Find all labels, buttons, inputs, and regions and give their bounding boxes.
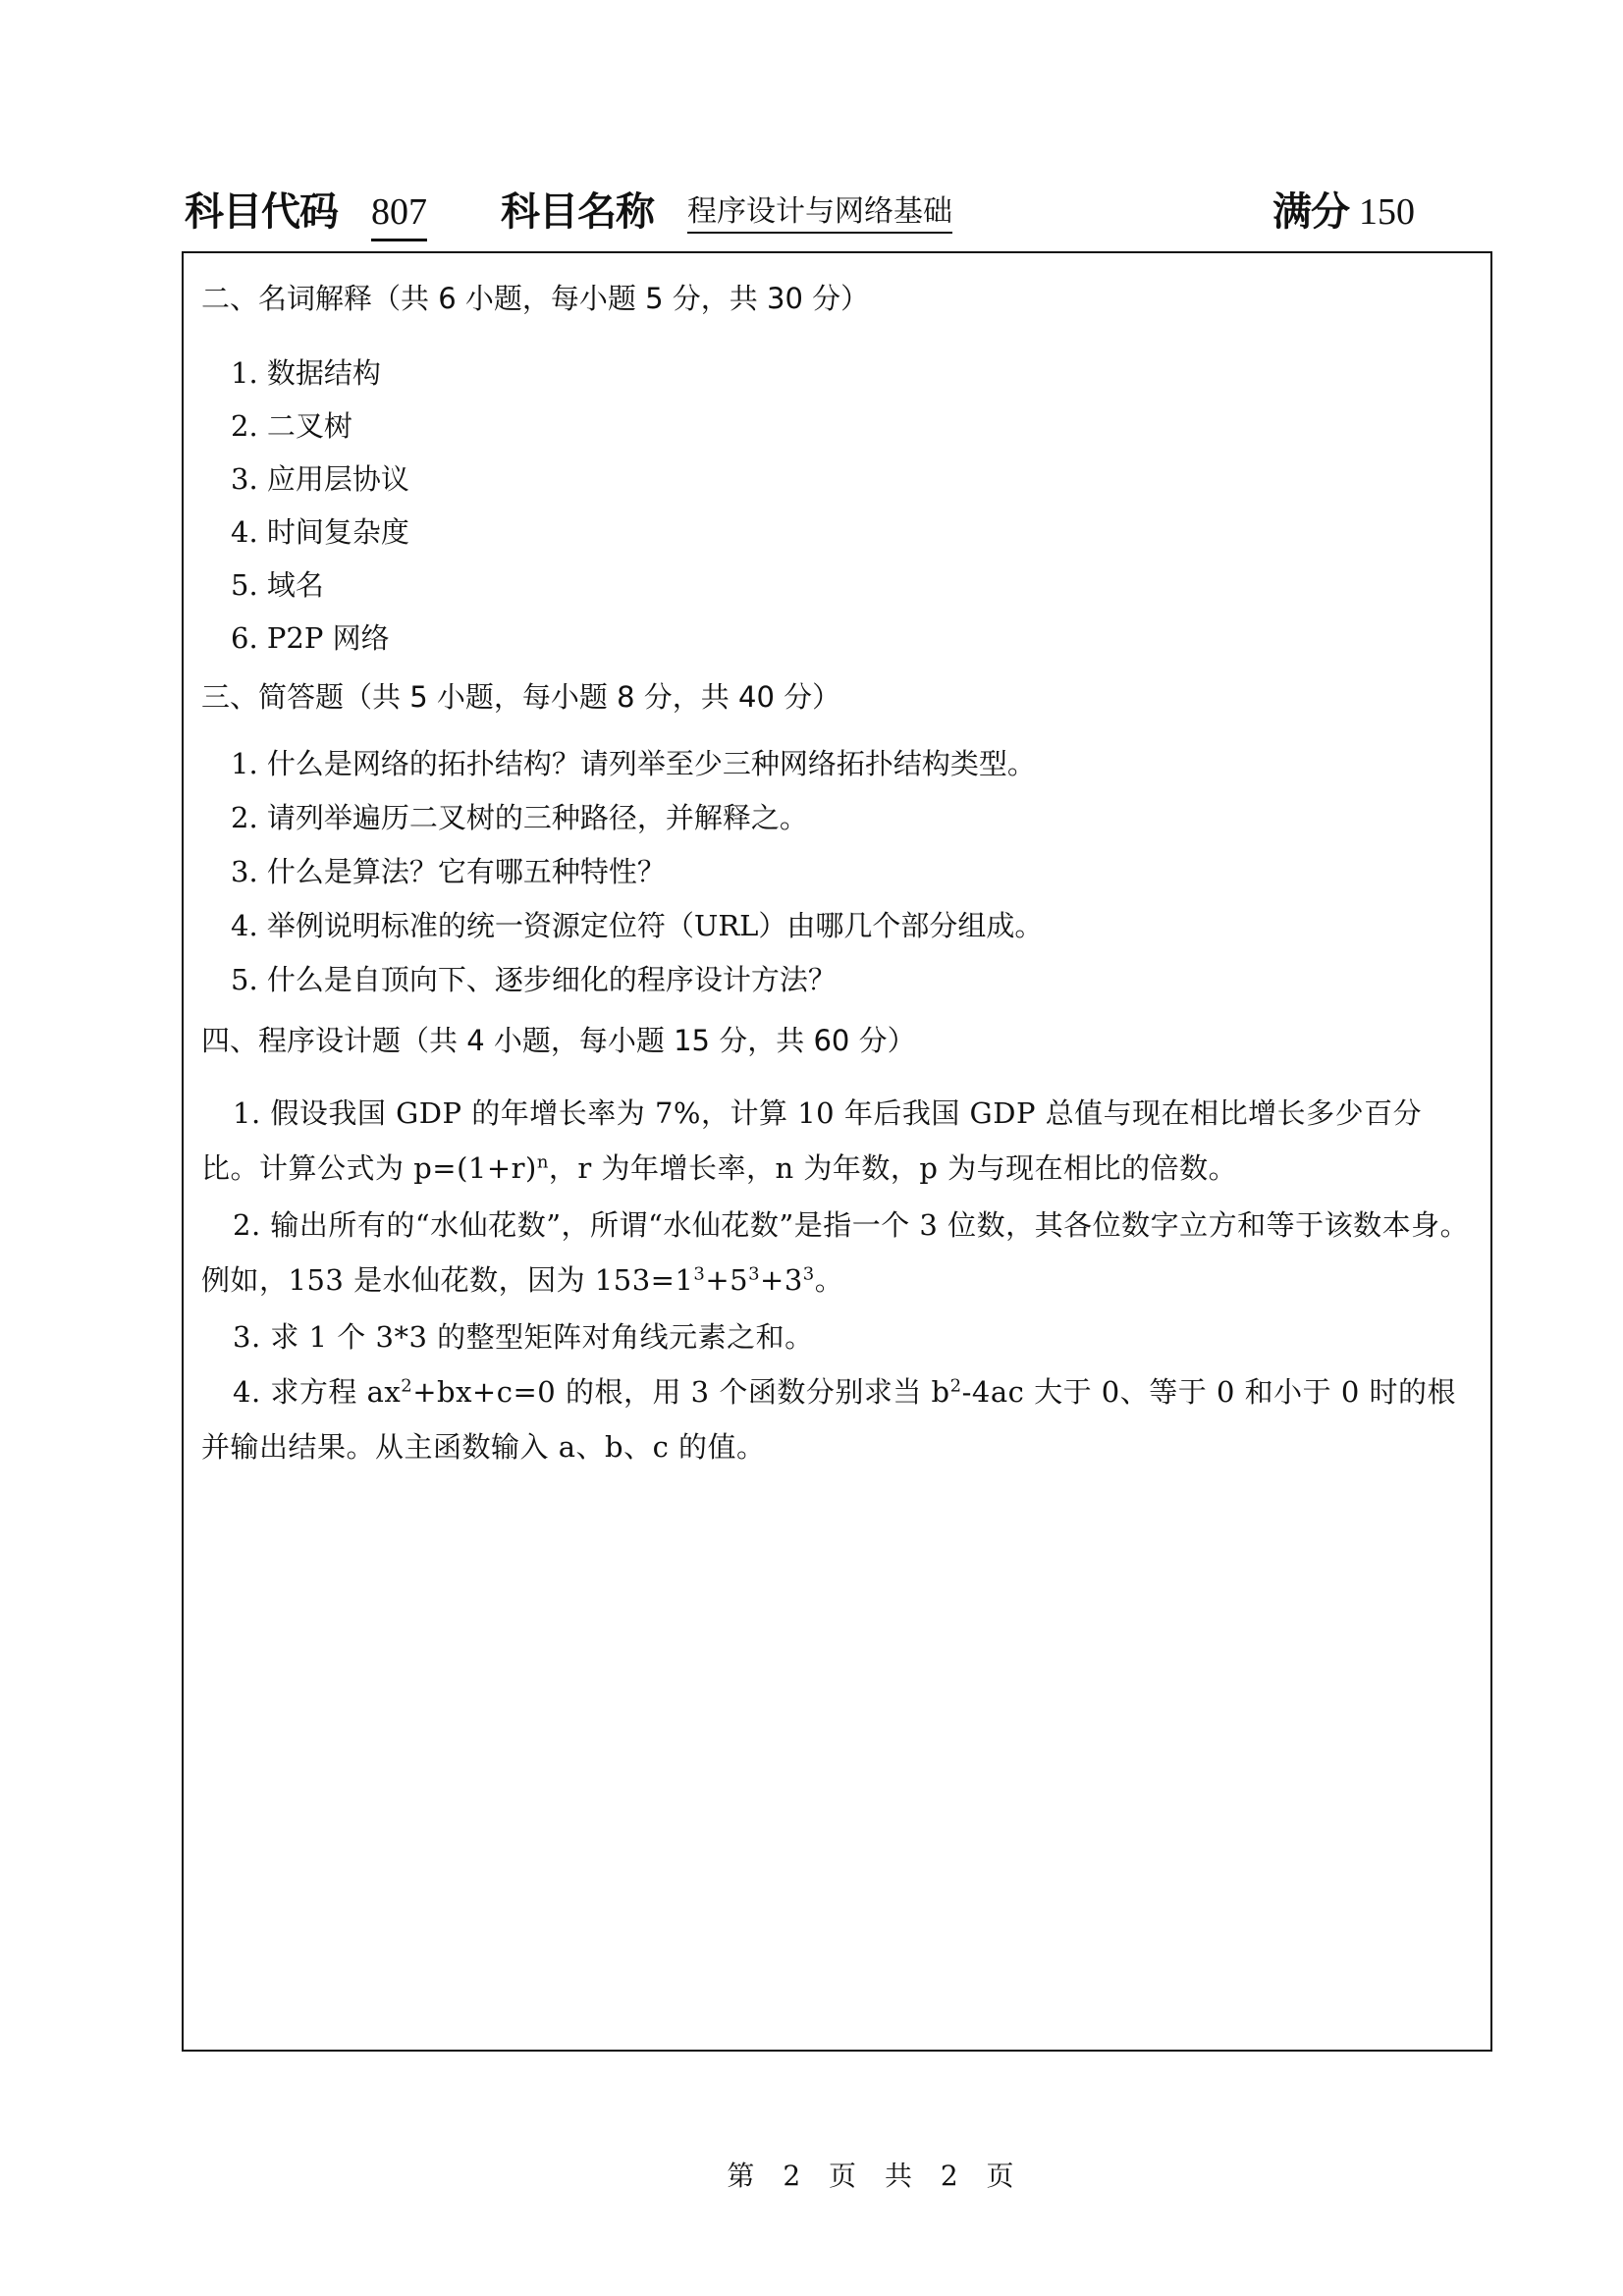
list-item: 3. 什么是算法？它有哪五种特性？	[231, 852, 666, 891]
list-item: 5. 什么是自顶向下、逐步细化的程序设计方法？	[231, 960, 837, 999]
programming-question-4: 4. 求方程 ax2+bx+c=0 的根，用 3 个函数分别求当 b2-4ac …	[201, 1364, 1478, 1474]
subject-name-value: 程序设计与网络基础	[687, 192, 952, 234]
list-item: 4. 举例说明标准的统一资源定位符（URL）由哪几个部分组成。	[231, 906, 1043, 945]
programming-question-1: 1. 假设我国 GDP 的年增长率为 7%，计算 10 年后我国 GDP 总值与…	[201, 1086, 1478, 1196]
section-title-programming: 四、程序设计题（共 4 小题，每小题 15 分，共 60 分）	[201, 1021, 916, 1060]
list-item: 4. 时间复杂度	[231, 512, 409, 552]
programming-question-2: 2. 输出所有的“水仙花数”，所谓“水仙花数”是指一个 3 位数，其各位数字立方…	[201, 1198, 1478, 1308]
list-item: 6. P2P 网络	[231, 618, 390, 658]
exam-header: 科目代码 807 科目名称 程序设计与网络基础 满分 150	[185, 185, 1481, 243]
list-item: 2. 二叉树	[231, 406, 352, 446]
question-box: 二、名词解释（共 6 小题，每小题 5 分，共 30 分） 1. 数据结构 2.…	[182, 251, 1492, 2052]
full-score-label: 满分	[1272, 185, 1349, 240]
list-item: 2. 请列举遍历二叉树的三种路径，并解释之。	[231, 798, 808, 837]
page-number: 第 2 页 共 2 页	[0, 2155, 1623, 2194]
section-title-short-answer: 三、简答题（共 5 小题，每小题 8 分，共 40 分）	[201, 677, 840, 717]
list-item: 1. 数据结构	[231, 353, 381, 393]
section-title-definitions: 二、名词解释（共 6 小题，每小题 5 分，共 30 分）	[201, 279, 869, 318]
subject-code-label: 科目代码	[185, 185, 338, 240]
programming-question-3: 3. 求 1 个 3*3 的整型矩阵对角线元素之和。	[201, 1309, 1478, 1364]
list-item: 5. 域名	[231, 565, 324, 605]
list-item: 1. 什么是网络的拓扑结构？请列举至少三种网络拓扑结构类型。	[231, 744, 1036, 783]
subject-code-value: 807	[371, 187, 427, 241]
full-score-value: 150	[1359, 187, 1415, 238]
list-item: 3. 应用层协议	[231, 459, 409, 499]
subject-name-label: 科目名称	[501, 185, 654, 240]
